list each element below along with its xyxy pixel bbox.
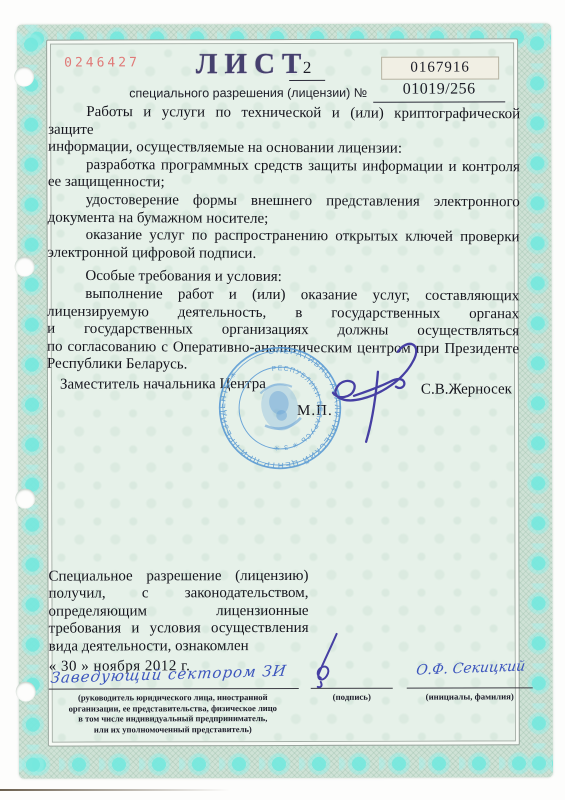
name-label: (инициалы, фамилия): [401, 691, 539, 701]
body-line: оказание услуг по распространению открыт…: [48, 227, 520, 247]
signer-explanation: (руководитель юридического лица, иностра…: [35, 692, 311, 735]
body-line: выполнение работ и (или) оказание услуг,…: [47, 286, 519, 306]
ack-line: получил, с законодательством,: [48, 585, 308, 603]
explain-line: (руководитель юридического лица, иностра…: [35, 692, 311, 703]
punch-hole: [14, 67, 34, 87]
license-sheet-paper: 0246427 ЛИСТ 2 0167916 специального разр…: [17, 23, 553, 778]
ack-line: Специальное разрешение (лицензию): [48, 568, 308, 586]
recipient-signature-icon: [297, 630, 357, 690]
explain-line: в том числе индивидуальный предпринимате…: [35, 713, 311, 724]
guilloche-border-bottom: [19, 750, 553, 777]
ack-line: вида деятельности, ознакомлен: [49, 638, 309, 656]
form-number-box: 0167916: [381, 56, 499, 79]
body-line: электронной цифровой подписи.: [47, 245, 519, 265]
license-subtitle: специального разрешения (лицензии) №: [77, 86, 367, 101]
ack-line: требования и условия осуществления: [49, 620, 309, 638]
acknowledgement-text: Специальное разрешение (лицензию) получи…: [48, 568, 308, 676]
signature-label: (подпись): [311, 692, 393, 702]
sheet-number: 2: [289, 58, 325, 81]
punch-hole: [15, 257, 35, 277]
ack-line: определяющим лицензионные: [49, 603, 309, 621]
deputy-signature-icon: [290, 338, 440, 456]
license-number: 01019/256: [373, 80, 505, 102]
signature-line: [311, 688, 393, 689]
body-line: Работы и услуги по технической и (или) к…: [48, 104, 520, 142]
guilloche-border-left: [18, 25, 46, 779]
red-serial-number: 0246427: [64, 55, 140, 70]
body-line: удостоверение формы внешнего представлен…: [48, 192, 520, 212]
explain-line: или их уполномоченный представитель): [35, 724, 311, 735]
scanner-artifact-line: [0, 789, 230, 791]
explain-line: организации, ее представительства, физич…: [35, 703, 311, 714]
body-line: информации, осуществляемые на основании …: [48, 139, 520, 159]
punch-hole: [15, 489, 35, 509]
punch-hole: [16, 682, 36, 702]
